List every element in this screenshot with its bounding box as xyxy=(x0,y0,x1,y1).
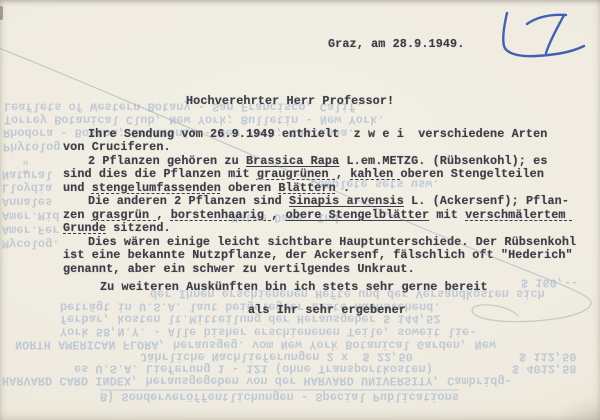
scan-edge-artifact xyxy=(0,6,3,20)
typed-line: von Cruciferen. xyxy=(63,141,171,154)
typed-text: , xyxy=(336,167,350,181)
typed-line: sind dies die Pflanzen mit graugrünen , … xyxy=(63,168,544,181)
underlined-word: verschmälertem xyxy=(465,208,573,222)
typed-line: ist eine bekannte Nutzpflanze, der Acker… xyxy=(63,249,573,262)
ghost-line: Amer.Fer xyxy=(2,223,59,236)
underlined-word: Grunde xyxy=(63,221,106,235)
letter-scan: Leaflets of Western Botany - San Francis… xyxy=(0,0,600,420)
typed-text: ist eine bekannte Nutzpflanze, der Acker… xyxy=(63,248,573,262)
underlined-word: obere Stengelblätter xyxy=(286,208,430,222)
underlined-word: Sinapis arvensis xyxy=(289,194,404,208)
typed-text: Zu weiteren Auskünften bin ich stets seh… xyxy=(100,280,488,294)
ghost-line: Torrey Botanical Club, New York; Bulleti… xyxy=(4,113,385,126)
ghost-line: Lloydia xyxy=(2,181,52,194)
ghost-line: Amer.Mid xyxy=(2,209,59,222)
typed-line: Grunde sitzend. xyxy=(63,222,171,235)
typed-text: Dies wären einige leicht sichtbare Haupt… xyxy=(88,235,576,249)
salutation: Hochverehrter Herr Professor! xyxy=(186,95,394,108)
typed-text: oberen xyxy=(221,181,278,195)
typed-text: zen xyxy=(63,208,92,222)
underlined-word: grasgrün xyxy=(92,208,157,222)
typed-text: mit xyxy=(429,208,465,222)
underlined-word: kahlen xyxy=(350,167,400,181)
typed-line: genannt, aber ein schwer zu vertilgendes… xyxy=(63,263,415,276)
ghost-line: HARVARD CARD INDEX, herausgegeben von de… xyxy=(2,374,512,387)
ghost-line: $ 4012,58 xyxy=(512,362,577,375)
underlined-word: Brassica Rapa xyxy=(246,154,339,168)
typed-text: 2 Pflanzen gehören zu xyxy=(88,154,246,168)
typed-line: als Ihr sehr ergebener xyxy=(248,304,406,317)
ghost-line: B) Sonderveröffentlichungen - Special Pu… xyxy=(100,390,459,403)
typed-text: als Ihr sehr ergebener xyxy=(248,303,406,317)
ghost-line: Mycolog. xyxy=(2,237,59,250)
typed-text: Ihre Sendung vom 26.9.1949 enthielt z w … xyxy=(88,127,547,141)
ghost-line: Annales xyxy=(2,195,52,208)
underlined-word: graugrünen xyxy=(257,167,336,181)
typed-text: . xyxy=(336,181,350,195)
typed-text: L. (Ackersenf); Pflan- xyxy=(404,194,569,208)
typed-text: sitzend. xyxy=(106,221,171,235)
typed-text: oberen Stengelteilen xyxy=(400,167,544,181)
ghost-line: York 58,N.Y. - Alle bisher erschienenen … xyxy=(60,325,476,338)
typed-text: , xyxy=(156,208,170,222)
typed-text: von Cruciferen. xyxy=(63,140,171,154)
typed-text: und xyxy=(63,181,92,195)
ghost-line: Phytolog xyxy=(3,140,60,153)
typed-text: genannt, aber ein schwer zu vertilgendes… xyxy=(63,262,415,276)
typed-line: Die anderen 2 Pflanzen sind Sinapis arve… xyxy=(88,195,569,208)
typed-text: Die anderen 2 Pflanzen sind xyxy=(88,194,289,208)
typed-text: L.em.METZG. (Rübsenkohl); es xyxy=(339,154,547,168)
typed-text: sind dies die Pflanzen mit xyxy=(63,167,257,181)
underlined-word: Blättern xyxy=(278,181,335,195)
date-line: Graz, am 28.9.1949. xyxy=(328,38,464,51)
underlined-word: borstenhaarig xyxy=(171,208,272,222)
ghost-line: Natural xyxy=(2,168,52,181)
typed-line: Zu weiteren Auskünften bin ich stets seh… xyxy=(100,281,488,294)
typed-text: , xyxy=(271,208,285,222)
underlined-word: stengelumfassenden xyxy=(92,181,221,195)
